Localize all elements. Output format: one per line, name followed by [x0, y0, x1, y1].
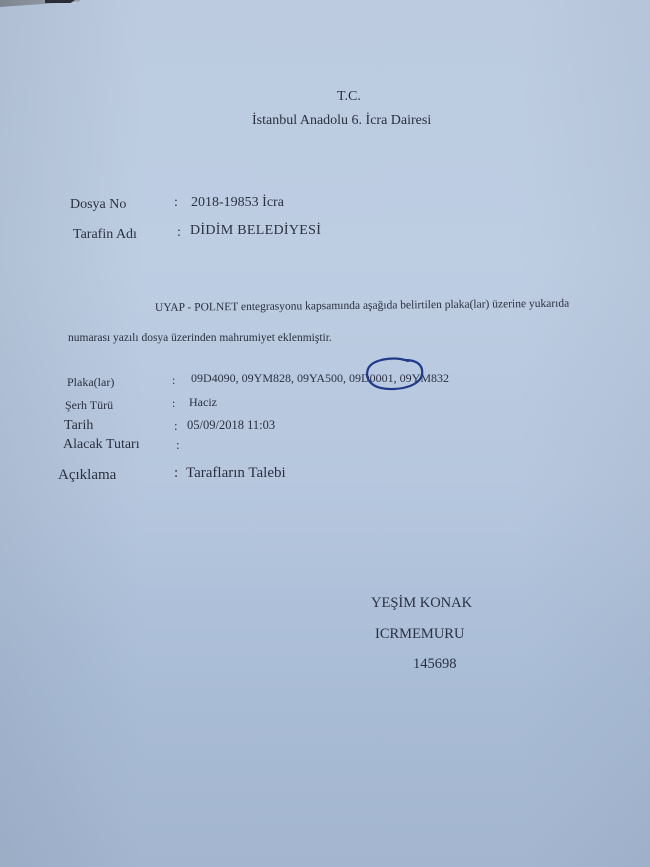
date-value: 05/09/2018 11:03: [187, 418, 275, 433]
date-label: Tarih: [64, 418, 93, 434]
description-separator: :: [174, 465, 178, 482]
annotation-type-label: Şerh Türü: [65, 398, 113, 413]
file-number-separator: :: [174, 195, 178, 211]
header-country: T.C.: [337, 89, 361, 105]
signatory-number: 145698: [413, 656, 457, 673]
body-text-line-1: UYAP - POLNET entegrasyonu kapsamında aş…: [155, 298, 569, 314]
file-number-value: 2018-19853 İcra: [191, 195, 284, 211]
amount-separator: :: [176, 437, 180, 453]
signatory-title: ICRMEMURU: [375, 626, 464, 643]
description-label: Açıklama: [58, 467, 116, 484]
background-object-edge: [45, 0, 75, 3]
signatory-name: YEŞİM KONAK: [371, 595, 472, 612]
plates-label: Plaka(lar): [67, 375, 114, 390]
party-name-value: DİDİM BELEDİYESİ: [190, 223, 321, 239]
header-office-name: İstanbul Anadolu 6. İcra Dairesi: [252, 113, 431, 129]
party-name-separator: :: [177, 225, 181, 241]
plates-value: 09D4090, 09YM828, 09YA500, 09D0001, 09YM…: [191, 371, 449, 386]
date-separator: :: [174, 418, 178, 434]
paper-shading: [0, 0, 650, 867]
party-name-label: Tarafin Adı: [73, 227, 137, 243]
plates-separator: :: [172, 373, 175, 388]
file-number-label: Dosya No: [70, 197, 126, 213]
amount-label: Alacak Tutarı: [63, 437, 140, 453]
body-text-line-2: numarası yazılı dosya üzerinden mahrumiy…: [68, 332, 332, 344]
description-value: Tarafların Talebi: [186, 465, 286, 482]
annotation-type-separator: :: [172, 396, 175, 411]
annotation-type-value: Haciz: [189, 395, 217, 410]
